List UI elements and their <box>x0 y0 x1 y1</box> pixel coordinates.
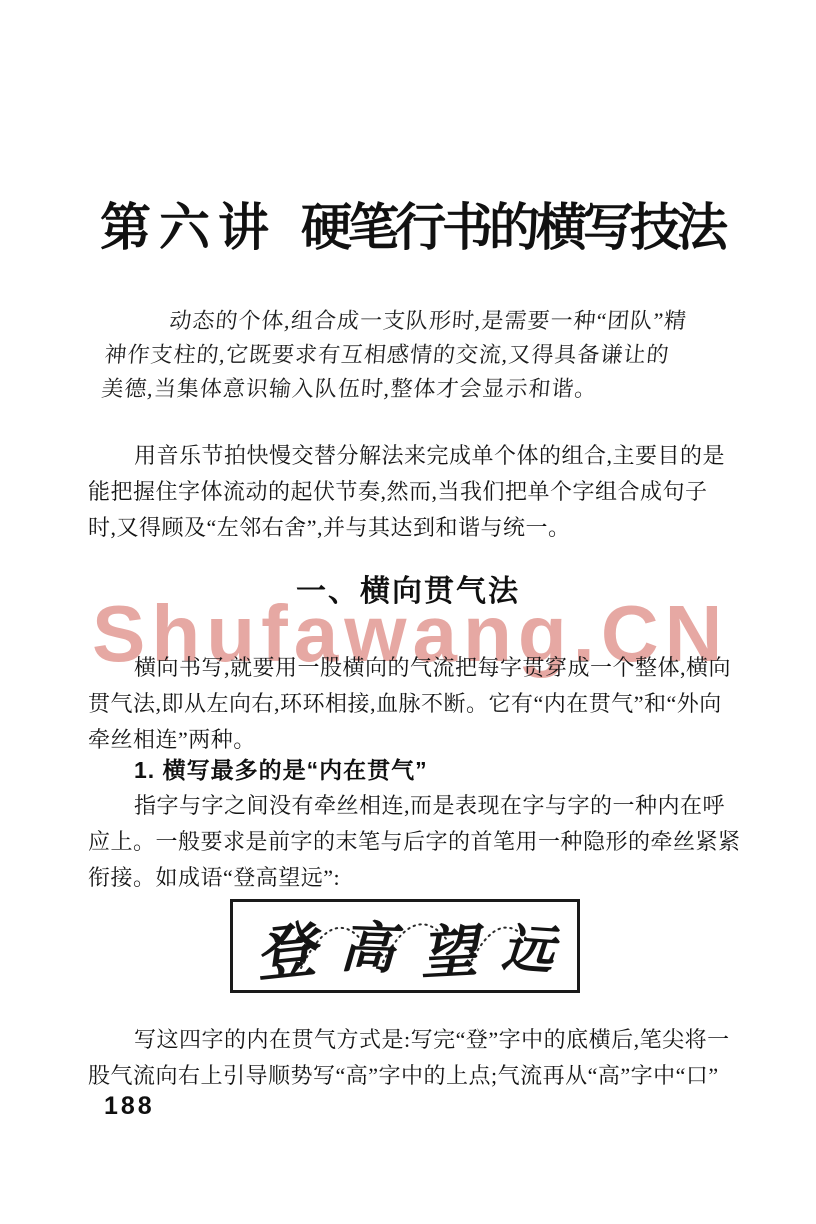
paragraph-line: 贯气法,即从左向右,环环相接,血脉不断。它有“内在贯气”和“外向 <box>88 686 731 722</box>
subsection-heading: 1. 横写最多的是“内在贯气” <box>134 752 428 785</box>
paragraph-subsection-body: 指字与字之间没有牵丝相连,而是表现在字与字的一种内在呼 应上。一般要求是前字的末… <box>88 788 741 896</box>
paragraph-line: 横向书写,就要用一股横向的气流把每字贯穿成一个整体,横向 <box>88 650 731 686</box>
calligraphy-example-image: 登 高 望 远 <box>230 899 580 993</box>
paragraph-explanation: 写这四字的内在贯气方式是:写完“登”字中的底横后,笔尖将一 股气流向右上引导顺势… <box>88 1022 730 1094</box>
calligraphy-char: 远 <box>500 905 557 983</box>
paragraph-line: 用音乐节拍快慢交替分解法来完成单个体的组合,主要目的是 <box>88 438 725 474</box>
paragraph-line: 指字与字之间没有牵丝相连,而是表现在字与字的一种内在呼 <box>88 788 741 824</box>
epigraph-line: 神作支柱的,它既要求有互相感情的交流,又得具备谦让的 <box>103 338 706 372</box>
paragraph-line: 衔接。如成语“登高望远”: <box>88 860 741 896</box>
book-page: Shufawang.CN 第六讲 硬笔行书的横写技法 动态的个体,组合成一支队形… <box>0 0 816 1224</box>
epigraph-quote: 动态的个体,组合成一支队形时,是需要一种“团队”精 神作支柱的,它既要求有互相感… <box>100 304 709 406</box>
chapter-title: 第六讲 硬笔行书的横写技法 <box>100 186 724 260</box>
paragraph-line: 写这四字的内在贯气方式是:写完“登”字中的底横后,笔尖将一 <box>88 1022 730 1058</box>
chapter-number: 第六讲 <box>100 186 277 260</box>
paragraph-line: 能把握住字体流动的起伏节奏,然而,当我们把单个字组合成句子 <box>88 474 725 510</box>
calligraphy-char: 望 <box>418 906 479 991</box>
epigraph-line: 动态的个体,组合成一支队形时,是需要一种“团队”精 <box>106 304 709 338</box>
paragraph-line: 股气流向右上引导顺势写“高”字中的上点;气流再从“高”字中“口” <box>88 1058 730 1094</box>
paragraph-line: 应上。一般要求是前字的末笔与后字的首笔用一种隐形的牵丝紧紧 <box>88 824 741 860</box>
section-heading: 一、横向贯气法 <box>0 566 816 610</box>
epigraph-line: 美德,当集体意识输入队伍时,整体才会显示和谐。 <box>100 372 703 406</box>
page-number: 188 <box>104 1092 155 1121</box>
calligraphy-char: 登 <box>251 902 320 994</box>
chapter-name: 硬笔行书的横写技法 <box>301 186 724 260</box>
paragraph-intro: 用音乐节拍快慢交替分解法来完成单个体的组合,主要目的是 能把握住字体流动的起伏节… <box>88 438 725 546</box>
paragraph-section-body: 横向书写,就要用一股横向的气流把每字贯穿成一个整体,横向 贯气法,即从左向右,环… <box>88 650 731 758</box>
paragraph-line: 时,又得顾及“左邻右舍”,并与其达到和谐与统一。 <box>88 510 725 546</box>
calligraphy-characters: 登 高 望 远 <box>233 902 577 990</box>
calligraphy-char: 高 <box>339 903 397 984</box>
